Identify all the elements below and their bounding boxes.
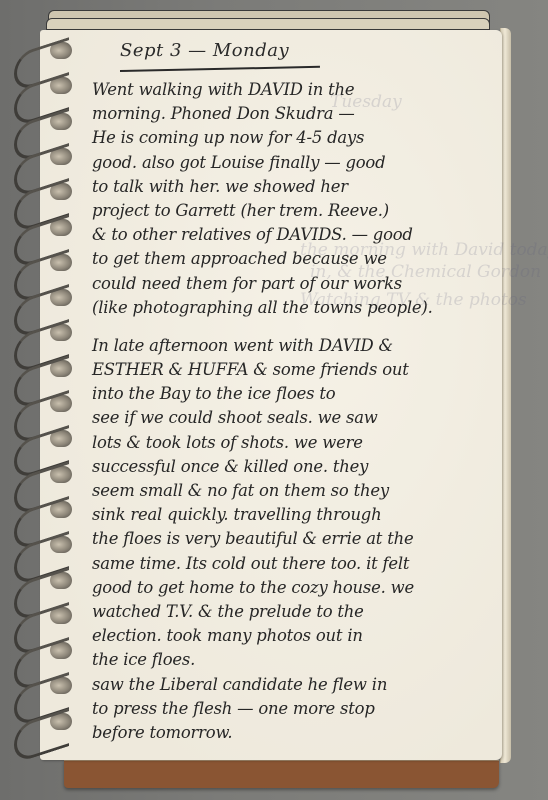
- entry-line: to get them approached because we: [92, 247, 512, 271]
- entry-line: project to Garrett (her trem. Reeve.): [92, 199, 512, 223]
- entry-line: Went walking with DAVID in the: [92, 78, 512, 102]
- page-stack-top-edge-2: [46, 18, 490, 30]
- entry-line: [92, 320, 512, 334]
- entry-line: could need them for part of our works: [92, 272, 512, 296]
- entry-line: to press the flesh — one more stop: [92, 697, 512, 721]
- entry-line: morning. Phoned Don Skudra —: [92, 102, 512, 126]
- entry-line: the ice floes.: [92, 648, 512, 672]
- entry-line: sink real quickly. travelling through: [92, 503, 512, 527]
- entry-date-heading: Sept 3 — Monday: [120, 40, 289, 61]
- entry-line: the floes is very beautiful & errie at t…: [92, 527, 512, 551]
- entry-line: election. took many photos out in: [92, 624, 512, 648]
- entry-line: same time. Its cold out there too. it fe…: [92, 552, 512, 576]
- entry-line: He is coming up now for 4-5 days: [92, 126, 512, 150]
- entry-line: (like photographing all the towns people…: [92, 296, 512, 320]
- entry-line: lots & took lots of shots. we were: [92, 431, 512, 455]
- entry-line: & to other relatives of DAVIDS. — good: [92, 223, 512, 247]
- entry-line: before tomorrow.: [92, 721, 512, 745]
- entry-line: saw the Liberal candidate he flew in: [92, 673, 512, 697]
- entry-line: successful once & killed one. they: [92, 455, 512, 479]
- entry-line: ESTHER & HUFFA & some friends out: [92, 358, 512, 382]
- entry-line: good. also got Louise finally — good: [92, 151, 512, 175]
- entry-line: In late afternoon went with DAVID &: [92, 334, 512, 358]
- entry-line: watched T.V. & the prelude to the: [92, 600, 512, 624]
- entry-line: seem small & no fat on them so they: [92, 479, 512, 503]
- journal-entry-body: Went walking with DAVID in themorning. P…: [92, 78, 512, 745]
- entry-line: into the Bay to the ice floes to: [92, 382, 512, 406]
- entry-line: see if we could shoot seals. we saw: [92, 406, 512, 430]
- notebook-back-cover: [64, 760, 499, 788]
- entry-line: to talk with her. we showed her: [92, 175, 512, 199]
- entry-line: good to get home to the cozy house. we: [92, 576, 512, 600]
